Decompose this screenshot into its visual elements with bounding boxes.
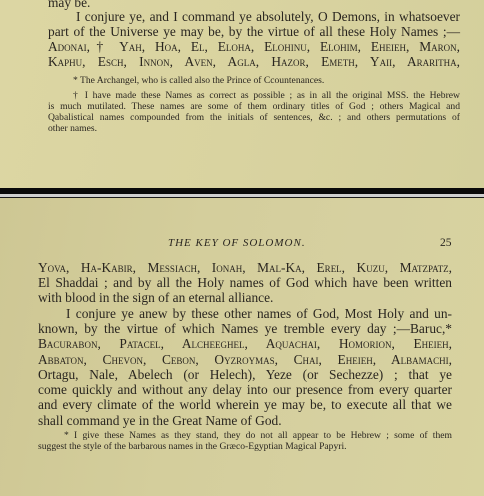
footnote: * The Archangel, who is called also the … xyxy=(73,75,460,86)
divine-names-line: Bacurabon, Patacel, Alcheeghel, Aquachai… xyxy=(38,336,452,351)
footnote: Qabalistical names compounded from the i… xyxy=(48,112,460,123)
divine-names-line: Adonai,† Yah, Hoa, El, Eloha, Elohinu, E… xyxy=(48,39,460,54)
divine-names-line: Kaphu, Esch, Innon, Aven, Agla, Hazor, E… xyxy=(48,54,460,69)
divine-names-line: Abbaton, Chevon, Cebon, Oyzroymas, Chai,… xyxy=(38,352,452,367)
page-number: 25 xyxy=(440,237,452,250)
body-line: and every climate of the world wherein y… xyxy=(38,397,452,412)
footnote: is much mutilated. These names are some … xyxy=(48,101,460,112)
divine-names-line: Ortagu, Nale, Abelech (or Helech), Yeze … xyxy=(38,367,452,382)
footnote: suggest the style of the barbarous names… xyxy=(38,441,452,452)
body-line: known, by the virtue of which Names ye t… xyxy=(38,321,452,336)
body-line: part of the Universe ye may be, by the v… xyxy=(48,24,460,39)
footnote: other names. xyxy=(48,123,460,134)
footnote: * I give these Names as they stand, they… xyxy=(64,430,452,441)
body-line: I conjure ye, and I command ye absolutel… xyxy=(76,9,460,24)
body-line: I conjure ye anew by these other names o… xyxy=(66,306,452,321)
top-page-fragment: may be. I conjure ye, and I command ye a… xyxy=(0,0,484,188)
footnote: † I have made these Names as correct as … xyxy=(73,90,460,101)
divine-names-line: Yova, Ha-Kabir, Messiach, Ionah, Mal-Ka,… xyxy=(38,260,452,275)
body-line: with blood in the sign of an eternal all… xyxy=(38,290,452,305)
body-line: come quickly and without any delay into … xyxy=(38,382,452,397)
body-line: shall command ye in the Great Name of Go… xyxy=(38,413,452,428)
body-line: El Shaddai ; and by all the Holy names o… xyxy=(38,275,452,290)
running-head: THE KEY OF SOLOMON. xyxy=(168,237,306,250)
